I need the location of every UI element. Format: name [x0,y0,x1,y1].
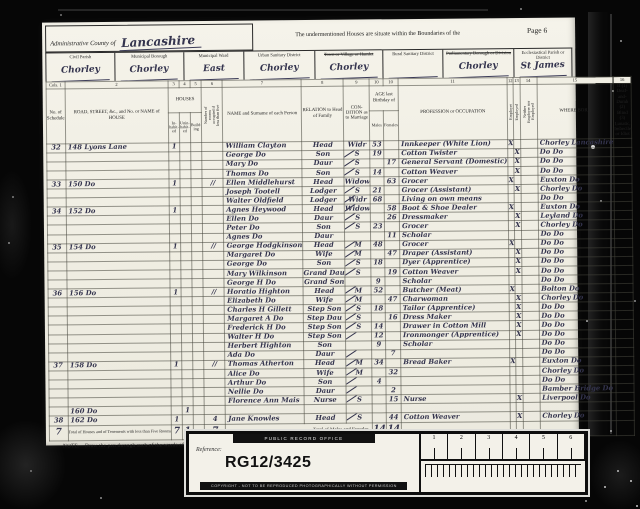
table-cell [615,256,633,265]
district-label: Town or Village or Hamlet [315,50,382,63]
table-cell [373,404,387,413]
district-value-handwritten: East [189,64,239,80]
table-cell [616,384,634,393]
table-cell: 17 [384,158,399,167]
table-cell [372,386,386,395]
table-cell [49,353,68,362]
district-value-handwritten: Chorley [120,65,178,81]
table-cell [371,204,385,213]
table-cell [615,265,633,274]
table-cell: 7 [386,349,401,358]
table-cell: X [510,357,516,366]
column-header-schedule: No. of Schedule [46,89,65,144]
table-cell [615,293,633,302]
table-cell: S [345,259,371,268]
district-box: Municipal BoroughChorley [115,52,184,81]
table-cell [48,325,67,334]
table-cell [193,406,205,415]
table-cell [203,224,224,233]
table-cell [614,165,632,174]
table-cell [181,242,192,251]
table-cell [204,306,225,315]
district-box: Parliamentary Borough or DivisionChorley [443,49,514,78]
table-cell [191,179,203,188]
table-cell [385,322,400,331]
table-cell: 68 [371,195,385,204]
district-box: Urban Sanitary DistrictChorley [243,51,314,80]
table-cell [616,402,634,411]
table-cell: M [346,368,372,377]
table-cell: 35 [48,243,67,252]
table-cell: S [345,222,371,231]
table-cell: 1 [169,179,180,188]
table-cell [48,234,67,243]
table-cell [193,369,205,378]
table-cell [171,388,182,397]
table-cell [192,360,204,369]
table-cell [47,153,66,162]
table-cell [170,270,181,279]
table-cell [170,233,181,242]
table-cell [203,269,224,278]
table-cell [346,386,372,395]
table-cell: X [517,412,523,421]
table-cell [180,197,191,206]
table-cell: Wife [303,295,345,304]
table-cell [615,247,633,256]
table-cell [614,174,632,183]
totals-cell [616,420,634,435]
column-header-infirm: If (1) Deaf-and-Dumb (2) Blind (3) Lunat… [613,83,631,138]
table-cell [204,387,225,396]
table-cell: 1 [171,415,182,424]
table-cell: 33 [47,180,66,189]
table-cell [181,270,192,279]
table-cell: M [346,359,372,368]
table-cell: 14 [372,322,386,331]
district-box: Rural Sanitary District [382,50,443,79]
scan-smudge [0,170,32,280]
table-cell [171,333,182,342]
table-cell [170,306,181,315]
column-subheader-uninhabited: Unin-habit-ed [179,112,190,142]
table-cell [48,271,67,280]
table-cell: X [508,203,514,212]
column-header-occupation: PROFESSION or OCCUPATION [398,85,508,141]
table-cell: 21 [371,186,385,195]
table-cell [202,151,223,160]
table-cell: 11 [385,231,400,240]
district-label: Municipal Borough [116,52,183,65]
table-cell [521,257,538,266]
table-cell [204,342,225,351]
table-cell: M [345,295,371,304]
table-cell [614,156,632,165]
table-cell [346,350,372,359]
table-cell: Daur [304,350,346,359]
table-cell [48,298,67,307]
table-cell [523,403,540,412]
table-cell: Nurse [304,395,346,404]
column-header-born: WHERE BORN [537,84,614,139]
table-cell [192,333,204,342]
table-cell [346,341,372,350]
table-cell [192,342,204,351]
table-cell: Widr [344,141,370,150]
table-cell: 1 [170,242,181,251]
table-cell [615,284,633,293]
table-cell: 14 [370,168,384,177]
column-header-neither: Neither Employer nor Employed [520,84,538,139]
district-box: Town or Village or HamletChorley [314,50,383,79]
table-cell [192,306,204,315]
table-cell [180,224,191,233]
table-cell [386,404,401,413]
table-cell: 47 [385,249,400,258]
table-cell: Son [304,377,346,386]
table-cell [386,377,401,386]
table-cell [48,334,67,343]
table-cell [521,184,538,193]
table-cell [521,193,538,202]
table-cell [520,139,537,148]
table-cell [180,142,191,151]
table-cell [170,261,181,270]
district-label: Urban Sanitary District [244,51,314,64]
table-cell [304,404,346,413]
table-cell [384,140,399,149]
table-cell: 34 [47,207,66,216]
table-cell [170,215,181,224]
table-cell [384,222,399,231]
table-cell [191,242,203,251]
table-cell [522,348,539,357]
county-box: Administrative County of Lancashire [45,24,253,53]
reference-number: RG12/3425 [225,454,311,472]
table-cell [345,231,371,240]
table-cell [371,268,385,277]
table-cell [614,202,632,211]
table-cell [48,280,67,289]
table-cell [192,324,204,333]
table-cell [385,304,400,313]
table-cell: S [346,395,372,404]
table-cell: S [346,413,372,422]
table-cell: Son [303,223,345,232]
table-cell: Head [304,359,346,368]
table-cell [182,351,193,360]
table-cell: // [203,242,224,251]
table-cell [370,159,384,168]
table-cell: 53 [370,140,384,149]
table-cell [522,312,539,321]
district-label: Municipal Ward [184,52,243,65]
district-box: Municipal WardEast [183,52,244,81]
table-cell [372,313,386,322]
ruler-inches: 123456 [421,434,585,461]
table-cell [180,170,191,179]
county-value-handwritten: Lancashire [119,34,202,52]
table-cell [371,231,385,240]
table-cell [49,380,68,389]
table-cell [520,157,537,166]
table-cell [615,229,633,238]
table-cell: X [516,330,522,339]
table-cell [171,324,182,333]
table-cell [386,358,401,367]
table-cell [47,198,66,207]
table-cell [182,370,193,379]
ruler-inch-mark: 3 [476,434,503,459]
table-cell [171,397,182,406]
table-cell [203,260,224,269]
district-row: Civil ParishChorleyMunicipal BoroughChor… [45,47,572,81]
table-cell: Daur [303,232,345,241]
table-cell [204,333,225,342]
table-cell: 58 [384,204,399,213]
table-cell [373,413,387,422]
table-cell [47,162,66,171]
table-cell [521,221,538,230]
table-cell [346,377,372,386]
table-cell: 32 [47,143,66,152]
table-cell [191,188,203,197]
column-header-road: ROAD, STREET, &c., and No. or NAME of HO… [65,88,169,144]
table-cell [49,389,68,398]
table-cell [616,338,634,347]
table-cell: 44 [386,413,401,422]
table-cell [203,187,224,196]
table-cell: Head [303,286,345,295]
table-cell [616,365,634,374]
table-cell: M [345,241,371,250]
table-cell: 47 [385,295,400,304]
table-cell [191,197,203,206]
table-cell: Wife [304,368,346,377]
table-cell: 4 [372,377,386,386]
district-value-handwritten: St James [519,61,566,77]
table-cell: 34 [372,359,386,368]
table-cell [522,321,539,330]
table-cell: X [516,321,522,330]
census-sheet: Administrative County of Lancashire The … [42,17,579,445]
table-cell [191,224,203,233]
table-cell [47,225,66,234]
table-cell [47,216,66,225]
sheet-header-band: Administrative County of Lancashire The … [45,20,572,52]
table-cell [202,169,223,178]
ruler-inch-mark: 4 [503,434,530,459]
table-cell [520,166,537,175]
ruler-inch-mark: 1 [421,434,448,459]
table-cell: Lodger [302,186,344,195]
table-cell [520,148,537,157]
column-header-relation: RELATION to Head of Family [301,86,344,141]
table-cell [181,260,192,269]
table-cell [192,288,204,297]
table-cell [182,360,193,369]
table-cell: 37 [49,362,68,371]
table-cell [171,370,182,379]
table-cell [384,168,399,177]
table-cell: 12 [372,331,386,340]
table-cell [181,297,192,306]
table-cell [204,297,225,306]
table-cell [371,250,385,259]
table-cell [202,160,223,169]
table-cell [202,142,223,151]
table-cell [49,398,68,407]
table-cell [170,224,181,233]
table-cell: S [344,168,370,177]
table-cell: 1 [169,142,180,151]
table-cell [615,274,633,283]
table-cell [192,297,204,306]
table-cell: M [345,250,371,259]
table-cell: X [516,394,522,403]
table-cell [169,197,180,206]
ruler-inch-mark: 5 [530,434,557,459]
archive-reference-stamp: PUBLIC RECORD OFFICE Reference: RG12/342… [186,431,588,495]
table-cell [616,393,634,402]
table-cell: 52 [371,286,385,295]
table-cell [615,302,633,311]
table-cell [385,240,400,249]
table-cell: Daur [304,386,346,395]
table-cell [193,379,205,388]
table-cell [521,266,538,275]
table-cell [192,269,204,278]
table-cell: Widow [344,204,370,213]
table-cell [370,177,384,186]
table-cell [191,206,203,215]
column-subheader-inhabited: In-habit-ed [169,112,180,142]
table-cell [615,220,633,229]
stamp-reference-panel: PUBLIC RECORD OFFICE Reference: RG12/342… [189,434,421,492]
table-cell [521,203,538,212]
table-cell: X [509,239,515,248]
table-cell [205,406,226,415]
table-cell [182,397,193,406]
table-cell [615,311,633,320]
scan-artifact-line [58,9,488,11]
table-cell: // [203,287,224,296]
table-cell: Widr [344,195,370,204]
table-cell: S [344,186,370,195]
table-cell [181,279,192,288]
column-header-condition: CON-DITION as to Marriage [343,86,370,141]
table-cell: S [345,304,371,313]
table-cell: 1 [171,361,182,370]
ruler-inch-mark: 2 [448,434,475,459]
table-cell [193,397,205,406]
table-cell [616,356,634,365]
table-cell [180,179,191,188]
table-cell: X [514,148,520,157]
table-cell [190,151,202,160]
table-cell: 36 [48,289,67,298]
table-cell [204,324,225,333]
table-cell [384,195,399,204]
table-cell: S [344,150,370,159]
table-cell: S [345,268,371,277]
table-cell [616,374,634,383]
table-cell [345,277,371,286]
table-cell: 2 [386,386,401,395]
table-cell: X [515,266,521,275]
table-cell: 23 [371,222,385,231]
table-cell: Son [304,341,346,350]
table-cell: Daur [302,214,344,223]
table-cell: Step Dau [303,314,345,323]
table-cell [169,151,180,160]
table-cell [521,275,538,284]
county-label: Administrative County of [50,40,115,51]
table-cell [192,260,204,269]
table-cell [171,406,182,415]
scan-dust-speckles [0,0,2,2]
column-header-houses: HOUSES [168,88,201,113]
table-cell: 1 [170,288,181,297]
table-cell [170,297,181,306]
table-cell: 63 [384,177,399,186]
table-cell: X [516,312,522,321]
table-cell [523,384,540,393]
column-header-rooms: Number of rooms occupied if less than fi… [202,87,224,142]
table-cell [49,407,68,416]
table-cell [192,351,204,360]
table-cell: X [515,257,521,266]
table-cell [521,230,538,239]
table-cell [385,286,400,295]
table-cell [203,278,224,287]
table-cell [384,149,399,158]
district-value-handwritten: Chorley [449,61,509,77]
table-cell [522,357,539,366]
totals-cell: 7 [49,425,68,440]
table-cell: X [514,157,520,166]
column-header-name: NAME and Surname of each Person [223,87,302,142]
table-cell [169,161,180,170]
table-cell [181,333,192,342]
district-label: Parliamentary Borough or Division [444,49,514,62]
table-cell [614,183,632,192]
table-cell: X [515,212,521,221]
page-number: Page 6 [502,20,572,48]
table-cell [614,138,632,147]
table-cell: 18 [372,304,386,313]
table-cell [203,251,224,260]
table-cell [48,307,67,316]
table-cell: 4 [205,415,226,424]
table-cell [204,369,225,378]
table-cell: 18 [371,259,385,268]
table-cell [522,303,539,312]
table-cell [192,279,204,288]
table-cell: X [515,303,521,312]
table-cell: M [345,286,371,295]
table-cell: Step Son [304,323,346,332]
table-cell [204,378,225,387]
table-cell [171,342,182,351]
table-cell: 32 [386,368,401,377]
table-cell: Grand Dau [303,268,345,277]
table-cell [191,215,203,224]
table-cell: 9 [372,340,386,349]
table-cell [48,262,67,271]
table-cell [193,415,205,424]
table-cell [346,331,372,340]
